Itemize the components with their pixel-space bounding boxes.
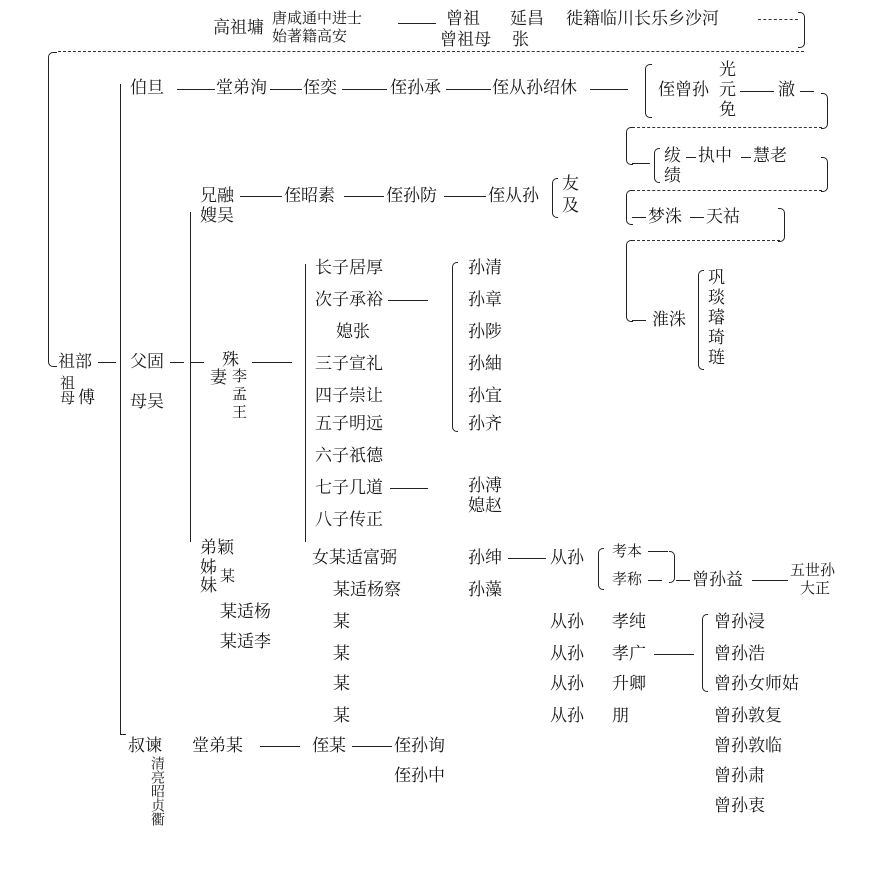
zengzumu: 曾祖母 [440,30,491,50]
wife-wang: 王 [232,404,247,421]
connector [741,157,751,158]
son-3: 三子宣礼 [315,354,383,374]
daughter-3: 某 [333,612,350,632]
bracket [654,148,660,183]
bo-pinzhu-child-3: 璿 [708,308,725,328]
connector [590,89,628,90]
bracket [645,64,652,118]
connector [740,91,774,92]
connector [98,362,116,363]
bo-che: 澈 [778,80,795,100]
connector [388,300,428,301]
connector [632,190,822,191]
bracket [798,12,805,48]
connector [240,196,282,197]
son-1: 长子居厚 [315,258,383,278]
bracket [702,614,708,692]
zumu-label: 祖母 [58,375,75,405]
daughter-1: 女某适富弼 [312,548,397,568]
dazheng: 大正 [800,580,830,597]
bracket [626,240,633,322]
son-4: 四子崇让 [315,386,383,406]
zengsun-5: 曾孙敦临 [714,736,782,756]
wushisun: 五世孙 [790,562,835,579]
sao: 嫂吴 [200,206,234,226]
congsun-row-2-name: 孝广 [612,644,646,664]
connector [632,240,780,241]
bracket [821,93,828,129]
shu-zhi: 侄某 [312,736,346,756]
son-7: 七子几道 [315,478,383,498]
connector [632,127,822,128]
congsun-row-3-name: 升卿 [612,674,646,694]
connector [120,734,126,735]
bo-mengzhu: 梦洙 [648,207,682,227]
connector [686,157,696,158]
zimei-married-1: 某适杨 [220,602,271,622]
zu: 祖部 [58,352,92,372]
connector [352,746,392,747]
zengsun-yi: 曾孙益 [692,570,743,590]
bracket [626,190,633,225]
grandson-2: 孙章 [468,290,502,310]
connector [508,558,546,559]
bracket [598,548,604,590]
connector [690,217,704,218]
sun-shen: 孙绅 [468,548,502,568]
connector [260,746,300,747]
daughter-6: 某 [333,706,350,726]
zhicongsun: 侄从孙 [488,186,539,206]
bo-zhizengsun-3: 免 [719,100,736,120]
wife-li: 李 [232,368,247,385]
connector [120,84,121,734]
bracket [552,178,558,218]
son-8: 八子传正 [315,510,383,530]
connector [170,362,184,363]
bo-pinzhu-child-1: 巩 [708,268,725,288]
congsun-row-1-label: 从孙 [550,612,584,632]
daughter-2: 某适杨察 [333,580,401,600]
connector [190,362,204,363]
kaoben: 考本 [612,543,642,560]
zhi-zhaosu: 侄昭素 [284,186,335,206]
connector [752,580,788,581]
son-6: 六子祇德 [315,446,383,466]
zengsun-2: 曾孙浩 [714,644,765,664]
bracket [821,157,828,192]
bo-zhizengsun: 侄曾孙 [658,80,709,100]
connector [177,89,215,90]
connector [444,196,486,197]
zimei-zi: 姊 [200,558,217,578]
congsun-row-2-label: 从孙 [550,644,584,664]
connector [190,212,191,542]
bo-pinzhu: 淮洙 [652,310,686,330]
son-2-wife: 媳张 [336,322,370,342]
sun-zao: 孙藻 [468,580,502,600]
bracket [452,262,458,432]
connector [342,89,387,90]
bo-zhi: 侄奕 [303,78,337,98]
connector [632,217,646,218]
grandson-3: 孙陟 [468,322,502,342]
zengsun-1: 曾孙浸 [714,612,765,632]
congsun: 从孙 [550,548,584,568]
zengsun-3: 曾孙女师姑 [714,674,799,694]
zengzu-name: 延昌 [510,9,544,29]
bo: 伯旦 [130,78,164,98]
zengsun-4: 曾孙敦复 [714,706,782,726]
bo-pinzhu-child-5: 琏 [708,348,725,368]
bracket-zu [48,52,57,367]
bo-huilao: 慧老 [753,146,787,166]
shu-tangdi: 堂弟某 [192,736,243,756]
zhicongsun-you: 友 [562,174,579,194]
son-2: 次子承裕 [315,290,383,310]
shu-zhisun-xun: 侄孙询 [394,736,445,756]
di: 弟颖 [200,538,234,558]
bo-ji: 绩 [664,166,681,186]
bo-zhizhong: 执中 [698,146,732,166]
shu-zhisun-zhong: 侄孙中 [394,766,445,786]
connector [648,580,662,581]
zumu-name: 傅 [78,388,95,408]
connector [390,488,428,489]
qizi-sun: 孙溥 [468,476,502,496]
congsun-row-4-label: 从孙 [550,706,584,726]
zengsun-6: 曾孙肃 [714,766,765,786]
daughter-5: 某 [333,674,350,694]
bo-zhizengsun-2: 元 [719,80,736,100]
bo-pinzhu-child-2: 琰 [708,288,725,308]
wife-meng: 孟 [232,386,247,403]
congsun-row-3-label: 从孙 [550,674,584,694]
grandson-5: 孙宜 [468,386,502,406]
bracket [778,208,785,242]
connector [58,51,804,52]
congsun-row-4-name: 朋 [612,706,629,726]
bo-pinzhu-child-4: 琦 [708,328,725,348]
congsun-row-1-name: 孝纯 [612,612,646,632]
gaozu: 高祖墉 [213,18,264,38]
qizi-xi: 媳赵 [468,496,502,516]
zhicongsun-ji: 及 [562,196,579,216]
connector [676,580,690,581]
connector [632,163,650,164]
connector [305,264,306,542]
bo-zhisun: 侄孙承 [390,78,441,98]
bo-tangdi: 堂弟洵 [216,78,267,98]
gaozu-note-1: 唐咸通中进士 [272,10,362,27]
zengsun-7: 曾孙衷 [714,796,765,816]
xiong: 兄融 [200,186,234,206]
bracket [698,270,704,370]
daughter-4: 某 [333,644,350,664]
connector [648,551,668,552]
mu: 母吴 [130,392,164,412]
connector [344,196,384,197]
shu-others: 清亮昭贞衢 [148,756,165,826]
connector [446,89,491,90]
zimei-mei: 妹 [200,576,217,596]
gaozu-note-2: 始著籍高安 [272,28,347,45]
connector [758,19,798,20]
zhisun-fang: 侄孙防 [386,186,437,206]
bo-zhizengsun-1: 光 [719,60,736,80]
connector [398,23,436,24]
son-5: 五子明远 [315,414,383,434]
connector [270,89,302,90]
bo-zhicongsun: 侄从孙绍休 [492,78,577,98]
grandson-6: 孙齐 [468,414,502,434]
connector [800,91,814,92]
shu: 叔谏 [128,736,162,756]
xiaocheng: 孝称 [612,571,642,588]
connector [632,320,646,321]
zengzu-note: 徙籍临川长乐乡沙河 [566,9,719,29]
connector [252,362,292,363]
zengzumu-name: 张 [512,30,529,50]
bo-tianhu: 天祜 [706,207,740,227]
zengzu: 曾祖 [446,9,480,29]
grandson-1: 孙清 [468,258,502,278]
bo-fu: 绂 [664,146,681,166]
connector [654,654,694,655]
zimei-married-2: 某适李 [220,632,271,652]
grandson-4: 孙紬 [468,354,502,374]
wife-label: 妻 [210,368,227,388]
fu: 父固 [130,352,164,372]
bracket [626,127,633,165]
zimei-name: 某 [220,568,235,585]
bracket [669,551,675,583]
